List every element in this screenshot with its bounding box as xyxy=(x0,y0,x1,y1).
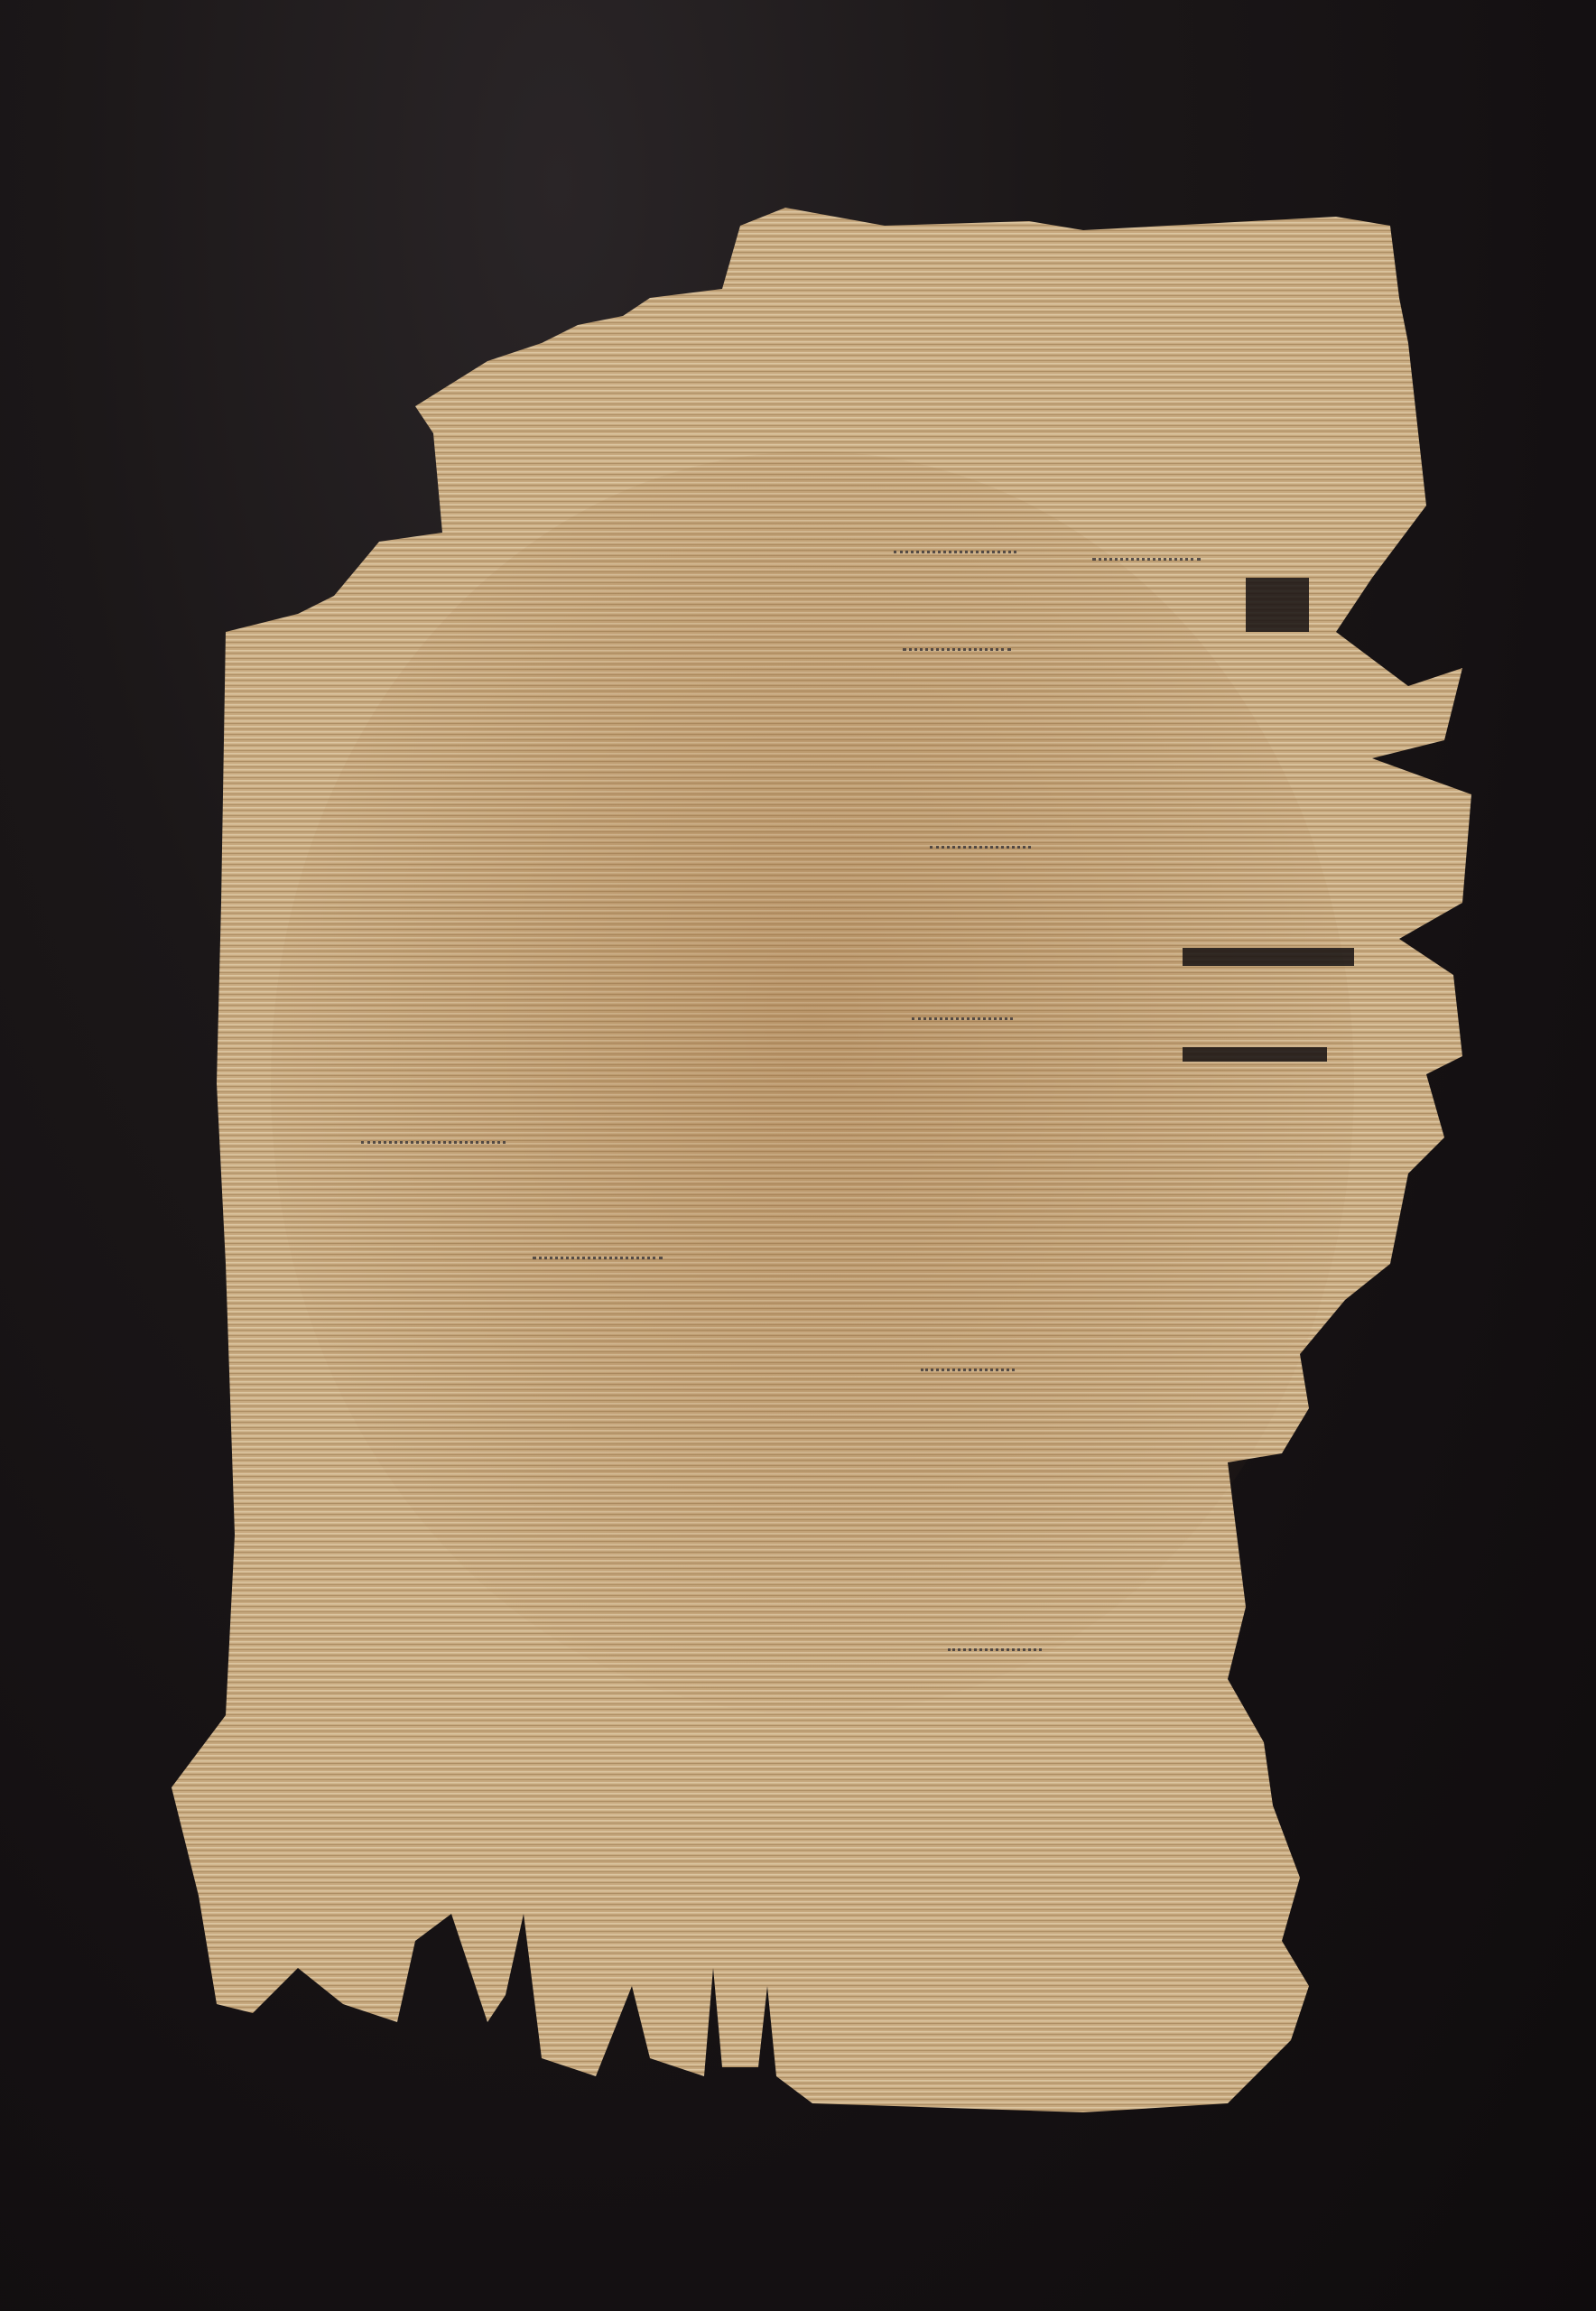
ink-trace xyxy=(930,831,1031,849)
ink-trace xyxy=(903,632,1011,651)
ink-trace xyxy=(533,1237,663,1259)
ink-trace xyxy=(921,1354,1015,1371)
ink-trace xyxy=(361,1119,506,1144)
ink-trace xyxy=(894,533,1016,553)
ink-trace xyxy=(948,1634,1042,1651)
ink-trace xyxy=(1092,542,1201,561)
ink-trace xyxy=(912,1002,1013,1020)
papyrus-fragment xyxy=(0,0,1596,2311)
